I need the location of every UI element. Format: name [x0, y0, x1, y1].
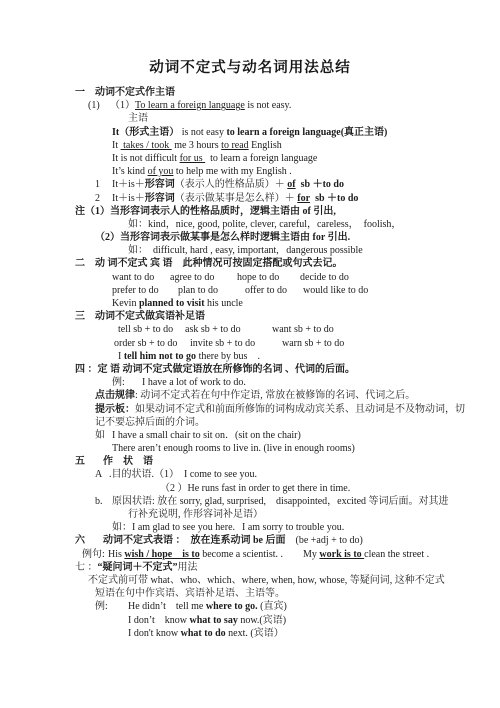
text-line: 如I have a small chair to sit on．(sit on …	[95, 429, 500, 442]
text-segment: 七 ：	[75, 562, 98, 573]
text-segment: My	[283, 549, 319, 560]
text-segment: for	[297, 193, 310, 204]
text-segment: “疑问词＋不定式”	[98, 562, 178, 573]
text-segment: to read	[221, 140, 249, 151]
text-segment: : 动词不定式若在句中作定语, 常放在被修饰的名词、代词之后。	[135, 390, 415, 401]
text-segment: I don't know	[128, 628, 181, 639]
text-line: 不定式前可带 what、who、which、where, when, how, …	[88, 574, 500, 587]
text-segment: to learn a foreign language(真正主语)	[226, 127, 387, 138]
text-segment: （2）当形容词表示做某事是怎么样时逻辑主语由 for 引出.	[95, 232, 350, 243]
text-segment: want to do	[112, 271, 170, 284]
text-segment: 注（1）当形容词表示人的性格品质时，逻辑主语由 of 引出,	[75, 206, 336, 217]
text-segment: 形容词	[145, 193, 175, 204]
text-segment: 三	[75, 310, 95, 323]
text-segment: I don’t know	[128, 615, 189, 626]
text-segment: （表示做某事是怎么样）＋	[175, 193, 298, 204]
text-line: 提示板：如果动词不定式和前面所修饰的词构成动宾关系、且动词是不及物动词，切	[95, 403, 500, 416]
text-segment: 此种情况可按固定搭配或句式去记。	[173, 258, 343, 269]
text-segment: It’s kind	[112, 166, 148, 177]
text-line: I don't know what to do next. (宾语）	[128, 627, 500, 640]
text-line: order sb + to doinvite sb + to dowarn sb…	[114, 337, 500, 350]
text-segment: （2 ）He runs fast in order to get there i…	[160, 483, 350, 494]
text-segment: 例:	[95, 600, 128, 613]
text-line: 记不要忘掉后面的介词。	[95, 416, 500, 429]
text-segment: I have a lot of work to do.	[142, 377, 246, 388]
text-line: There aren’t enough rooms to live in. (l…	[112, 442, 500, 455]
text-line: 点击规律: 动词不定式若在句中作定语, 常放在被修饰的名词、代词之后。	[95, 389, 500, 402]
text-segment: 动词不定式做宾语补足语	[95, 311, 205, 322]
text-segment: A	[95, 468, 109, 481]
text-segment: hope to do	[237, 271, 300, 284]
text-segment: become a scientist. .	[200, 549, 283, 560]
text-line: 例:I have a lot of work to do.	[112, 376, 500, 389]
text-segment: His	[108, 549, 124, 560]
text-line: 如：I am glad to see you here.I am sorry t…	[112, 521, 500, 534]
text-segment: (直宾)	[258, 601, 287, 612]
text-segment: I am sorry to trouble you.	[242, 522, 344, 533]
text-line: 短语在句中作宾语、宾语补足语、主语等。	[95, 587, 500, 600]
text-segment: what to say	[189, 615, 237, 626]
text-segment: ask sb + to do	[185, 323, 272, 336]
text-segment: offer to do	[245, 284, 303, 297]
text-segment: 如： difficult, hard , easy, important, da…	[128, 245, 363, 256]
text-segment: (be +adj + to do)	[286, 535, 363, 546]
text-segment: It	[112, 140, 121, 151]
text-segment: 2	[95, 192, 112, 205]
text-line: 如：kind，nice, good, polite, clever, caref…	[128, 218, 500, 231]
document-body: 一动词不定式作主语(1)（1）To learn a foreign langua…	[0, 86, 500, 640]
text-segment: now.(宾语)	[238, 615, 286, 626]
text-segment: would like to do	[303, 285, 368, 296]
text-segment: want sb + to do	[272, 324, 334, 335]
text-segment: To learn a foreign language	[135, 100, 245, 111]
text-line: 六动词不定式表语 ： 放在连系动词 be 后面 (be +adj + to do…	[75, 534, 500, 547]
text-line: 注（1）当形容词表示人的性格品质时，逻辑主语由 of 引出,	[75, 205, 500, 218]
text-line: I don’t know what to say now.(宾语)	[128, 614, 500, 627]
text-segment: 例:	[112, 376, 142, 389]
text-segment: 1	[95, 178, 112, 191]
text-line: 例:He didn’t tell me where to go. (直宾)	[95, 600, 500, 613]
text-segment: 点击规律	[95, 390, 135, 401]
text-line: 一动词不定式作主语	[75, 86, 500, 99]
text-line: b.原因状语: 放在 sorry, glad, surprised, disap…	[95, 495, 500, 508]
document-title: 动词不定式与动名词用法总结	[0, 0, 500, 78]
text-segment: tell sb + to do	[118, 323, 185, 336]
text-segment: agree to do	[170, 271, 237, 284]
text-line: 如： difficult, hard , easy, important, da…	[128, 244, 500, 257]
text-segment: is not easy.	[245, 100, 292, 111]
text-line: 二动 词不定式 宾 语 此种情况可按固定搭配或句式去记。	[75, 257, 500, 270]
text-segment: It is not difficult	[112, 153, 180, 164]
text-segment: 主语	[128, 113, 148, 124]
text-segment: is not easy	[179, 127, 226, 138]
text-segment: I am glad to see you here.	[132, 521, 242, 534]
text-segment: .目的状语.（1） I come to see you.	[109, 469, 257, 480]
text-segment: warn sb + to do	[282, 338, 344, 349]
text-segment: of you	[148, 166, 174, 177]
text-segment: prefer to do	[112, 284, 178, 297]
text-segment: of	[287, 179, 295, 190]
text-segment: 例句:	[82, 548, 108, 561]
text-segment: Kevin	[112, 298, 139, 309]
text-segment: sb	[296, 179, 313, 190]
text-segment: It＋is＋	[112, 179, 145, 190]
text-segment: decide to do	[300, 272, 349, 283]
text-line: want to doagree to dohope to dodecide to…	[112, 271, 500, 284]
text-line: tell sb + to doask sb + to dowant sb + t…	[118, 323, 500, 336]
text-segment: 如果动词不定式和前面所修饰的词构成动宾关系、且动词是不及物动词，切	[135, 404, 465, 415]
text-segment: me 3 hours	[172, 140, 221, 151]
text-segment: 短语在句中作宾语、宾语补足语、主语等。	[95, 588, 285, 599]
text-segment: 如	[95, 429, 112, 442]
text-segment: ＋to do	[313, 179, 344, 190]
text-segment: 动词不定式表语 ： 放在连系动词 be 后面	[103, 535, 286, 546]
text-segment: 五	[75, 455, 103, 468]
text-segment: invite sb + to do	[190, 337, 282, 350]
text-line: 五作 状 语	[75, 455, 500, 468]
text-segment: 如：	[112, 521, 132, 534]
text-line: 四 ：定 语 动词不定式做定语放在所修饰的名词 、代词的后面。	[75, 363, 500, 376]
text-segment: sb	[310, 193, 327, 204]
text-segment: plan to do	[178, 284, 245, 297]
document-page: 动词不定式与动名词用法总结 一动词不定式作主语(1)（1）To learn a …	[0, 0, 500, 708]
text-segment: 行补充说明, 作形容词补足语）	[128, 509, 263, 520]
text-segment: to learn a foreign language	[205, 153, 317, 164]
text-segment: 动 词不定式 宾 语	[95, 258, 173, 269]
text-segment: 一	[75, 86, 95, 99]
text-segment: 作 状 语	[103, 456, 153, 467]
text-segment: 提示板：	[95, 404, 135, 415]
text-line: 2It＋is＋形容词（表示做某事是怎么样）＋ for sb ＋to do	[95, 192, 500, 205]
text-segment: 不定式前可带 what、who、which、where, when, how, …	[88, 575, 445, 586]
text-segment: planned to visit	[139, 298, 205, 309]
text-segment: 六	[75, 534, 103, 547]
text-line: 七 ：“疑问词＋不定式”用法	[75, 561, 500, 574]
text-line: 主语	[128, 112, 500, 125]
text-segment: 用法	[178, 562, 198, 573]
text-segment: takes / took	[121, 140, 172, 151]
text-segment: It（形式主语）	[112, 127, 179, 138]
text-segment: wish / hope is to	[124, 549, 199, 560]
text-line: (1)（1）To learn a foreign language is not…	[88, 99, 500, 112]
text-segment: to help me with my English .	[173, 166, 291, 177]
text-segment: 形容词	[145, 179, 175, 190]
text-line: I tell him not to go there by bus .	[118, 350, 500, 363]
text-line: 1It＋is＋形容词（表示人的性格品质）＋ of sb ＋to do	[95, 178, 500, 191]
text-segment: （1）	[110, 100, 135, 111]
text-line: It（形式主语） is not easy to learn a foreign …	[112, 126, 500, 139]
text-segment: next. (宾语）	[226, 628, 284, 639]
text-segment: tell him not to go	[124, 351, 196, 362]
text-segment: what to do	[181, 628, 226, 639]
text-segment: clean the street .	[364, 549, 429, 560]
text-segment: b.	[95, 495, 112, 508]
text-segment: English	[249, 140, 282, 151]
text-segment: 四 ：定 语 动词不定式做定语放在所修饰的名词 、代词的后面。	[75, 364, 355, 375]
text-segment: his uncle	[205, 298, 243, 309]
text-segment: (1)	[88, 99, 110, 112]
text-segment: work is to	[319, 549, 364, 560]
text-line: 三动词不定式做宾语补足语	[75, 310, 500, 323]
text-line: 例句:His wish / hope is to become a scient…	[82, 548, 500, 561]
text-line: It is not difficult for us to learn a fo…	[112, 152, 500, 165]
text-segment: 二	[75, 257, 95, 270]
text-segment: He didn’t tell me	[128, 601, 206, 612]
text-segment: for us	[180, 153, 206, 164]
text-segment: There aren’t enough rooms to live in. (l…	[112, 443, 355, 454]
text-segment: 原因状语: 放在 sorry, glad, surprised, disappo…	[112, 496, 449, 507]
text-segment: 记不要忘掉后面的介词。	[95, 417, 205, 428]
text-line: Kevin planned to visit his uncle	[112, 297, 500, 310]
text-line: A.目的状语.（1） I come to see you.	[95, 468, 500, 481]
text-line: （2）当形容词表示做某事是怎么样时逻辑主语由 for 引出.	[95, 231, 500, 244]
text-line: （2 ）He runs fast in order to get there i…	[160, 482, 500, 495]
text-segment: （表示人的性格品质）＋	[175, 179, 288, 190]
text-line: 行补充说明, 作形容词补足语）	[128, 508, 500, 521]
text-line: It takes / took me 3 hours to read Engli…	[112, 139, 500, 152]
text-segment: order sb + to do	[114, 337, 190, 350]
text-segment: ＋to do	[327, 193, 358, 204]
text-segment: there by bus .	[196, 351, 260, 362]
text-line: prefer to doplan to dooffer to dowould l…	[112, 284, 500, 297]
text-line: It’s kind of you to help me with my Engl…	[112, 165, 500, 178]
text-segment: It＋is＋	[112, 193, 145, 204]
text-segment: 动词不定式作主语	[95, 87, 175, 98]
text-segment: 如：kind，nice, good, polite, clever, caref…	[128, 219, 401, 230]
text-segment: I have a small chair to sit on．(sit on t…	[112, 430, 301, 441]
text-segment: where to go.	[206, 601, 258, 612]
